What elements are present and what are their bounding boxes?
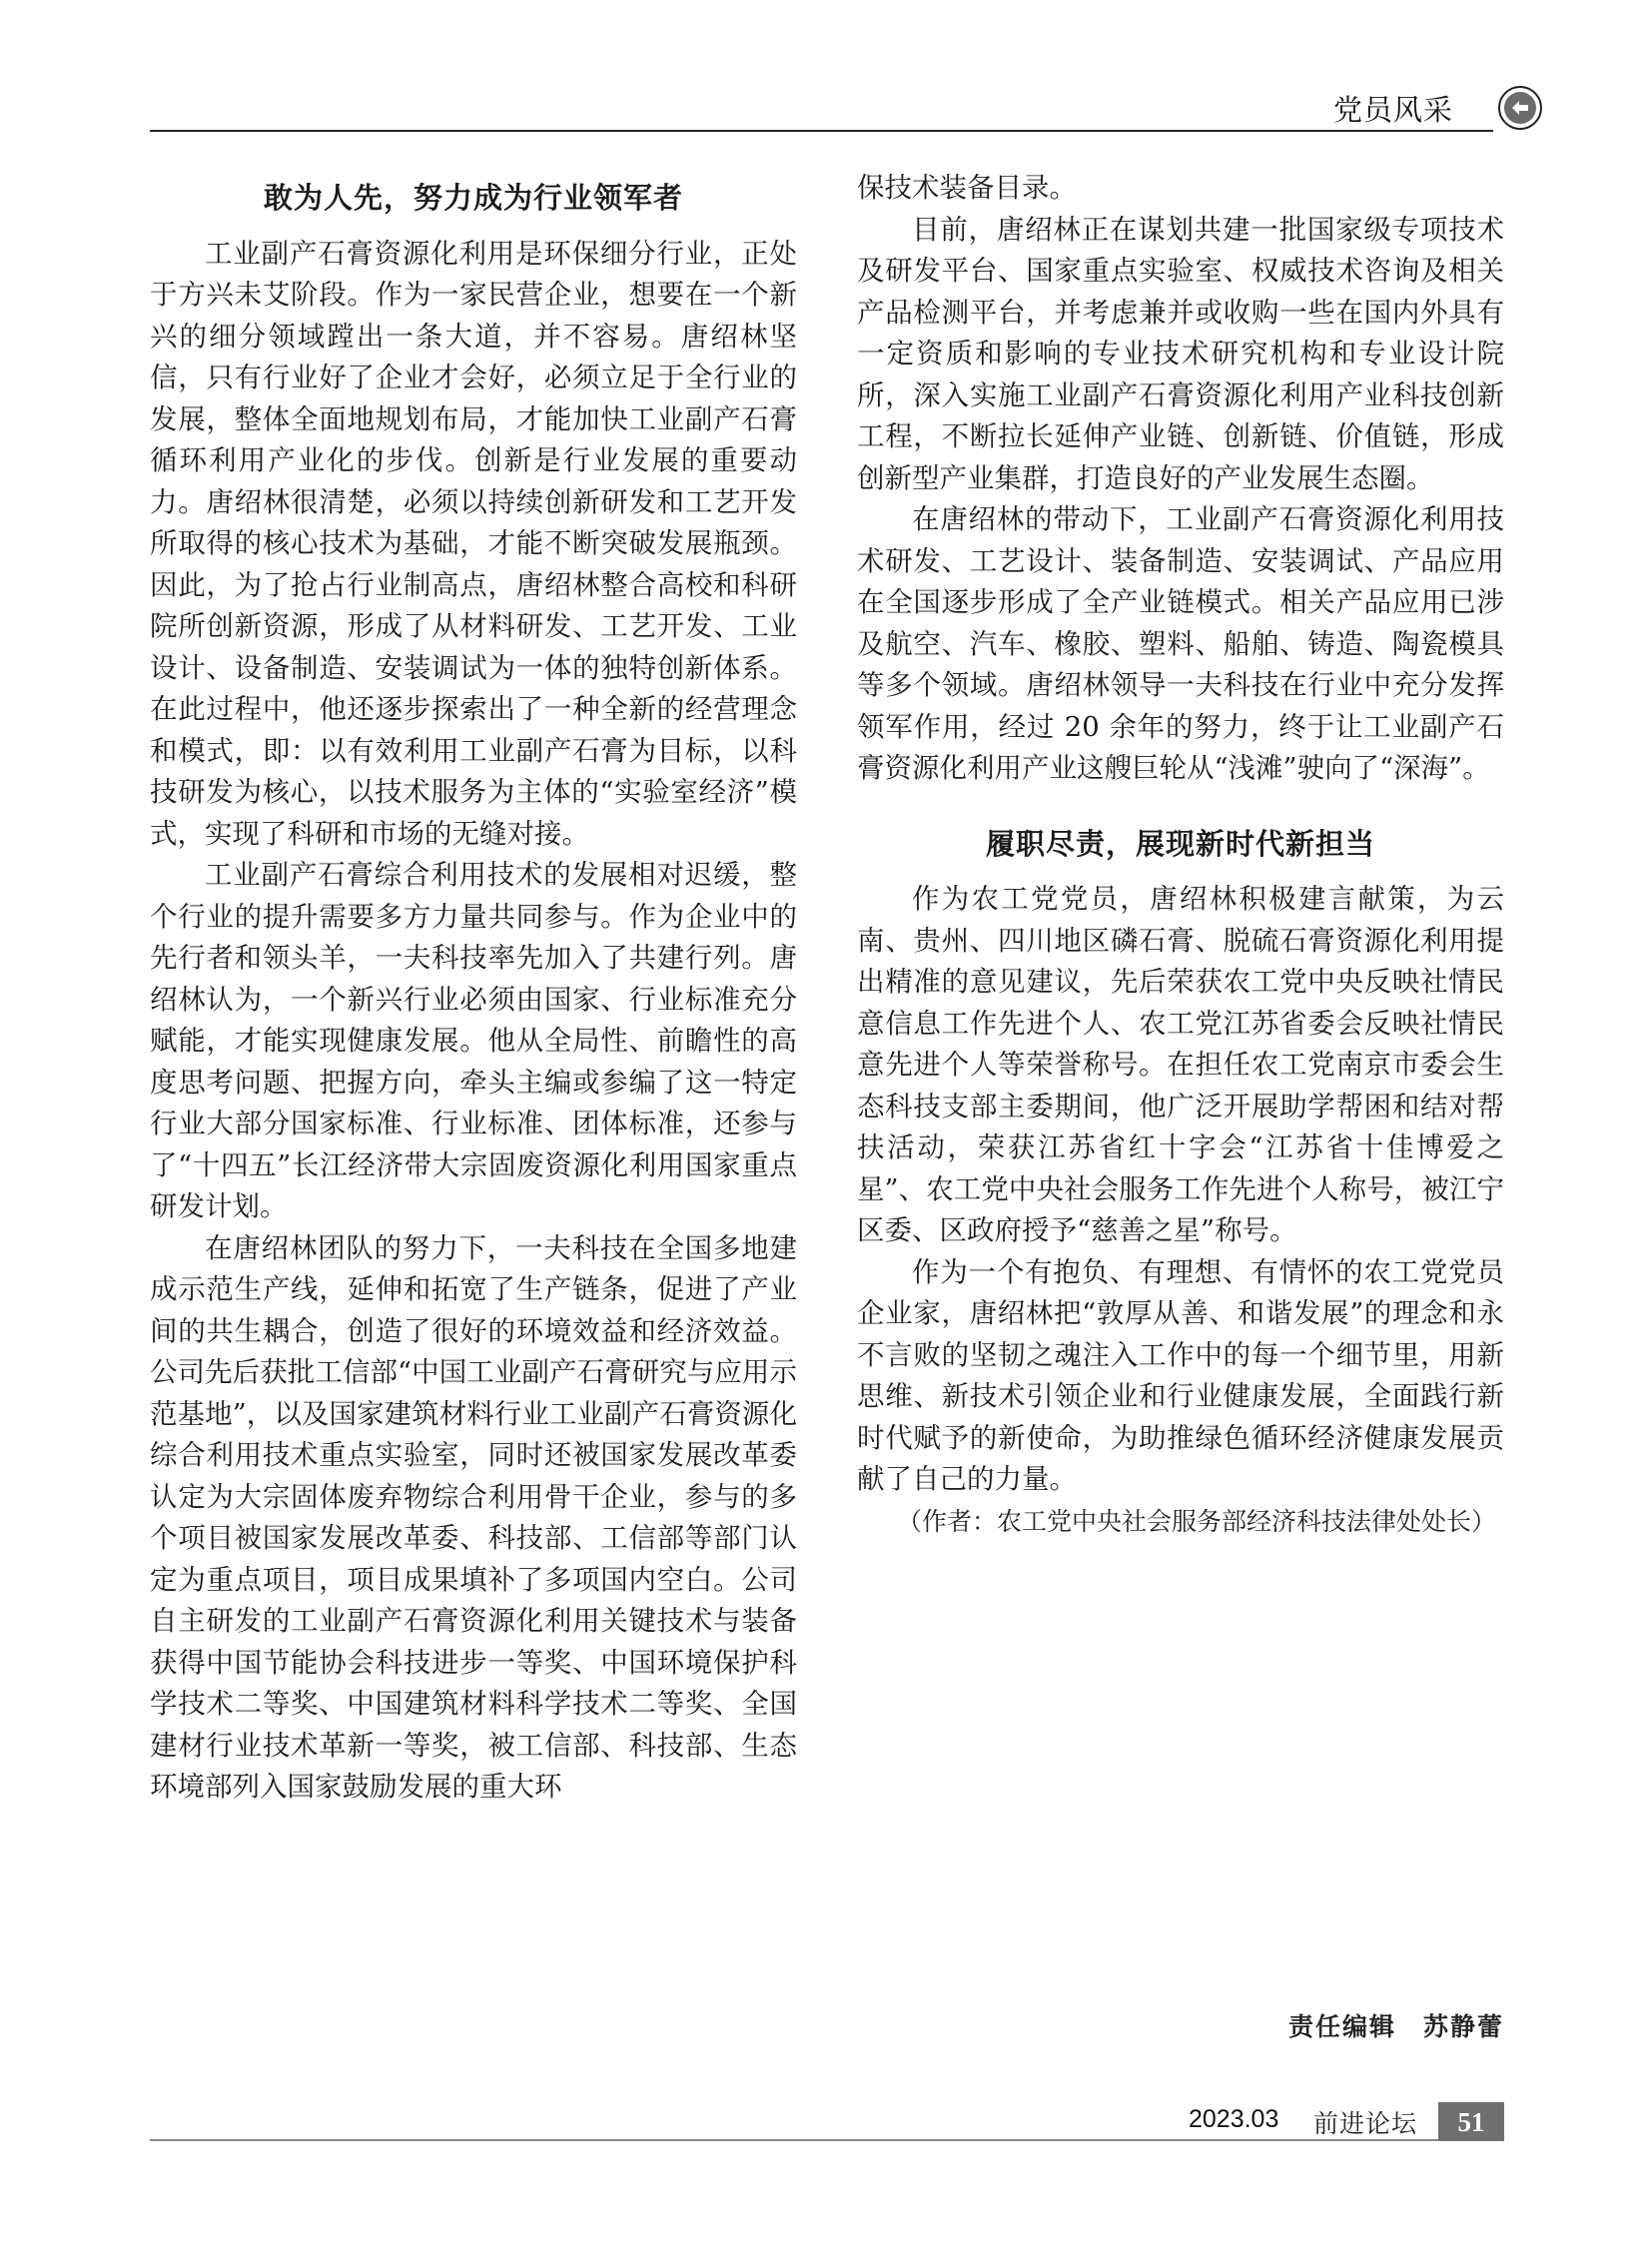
- paragraph: 工业副产石膏资源化利用是环保细分行业，正处于方兴未艾阶段。作为一家民营企业，想要…: [150, 234, 797, 856]
- left-column: 敢为人先，努力成为行业领军者 工业副产石膏资源化利用是环保细分行业，正处于方兴未…: [150, 168, 797, 1809]
- paragraph-continuation: 保技术装备目录。: [857, 168, 1504, 210]
- paragraph: 目前，唐绍林正在谋划共建一批国家级专项技术及研发平台、国家重点实验室、权威技术咨…: [857, 210, 1504, 500]
- section-heading-2: 履职尽责，展现新时代新担当: [857, 824, 1504, 866]
- paragraph: 作为一个有抱负、有理想、有情怀的农工党党员企业家，唐绍林把“敦厚从善、和谐发展”…: [857, 1252, 1504, 1501]
- magazine-name: 前进论坛: [1313, 2104, 1417, 2140]
- paragraph: 在唐绍林的带动下，工业副产石膏资源化利用技术研发、工艺设计、装备制造、安装调试、…: [857, 499, 1504, 790]
- section-title: 党员风采: [1333, 88, 1453, 129]
- footer-divider: [150, 2139, 1438, 2141]
- header-divider: [150, 130, 1493, 132]
- page-header: 党员风采: [150, 86, 1548, 136]
- arrow-left-circle-icon: [1498, 86, 1542, 130]
- paragraph: 在唐绍林团队的努力下，一夫科技在全国多地建成示范生产线，延伸和拓宽了生产链条，促…: [150, 1228, 797, 1809]
- responsible-editor: 责任编辑 苏静蕾: [1288, 2007, 1504, 2043]
- section-heading-1: 敢为人先，努力成为行业领军者: [150, 178, 797, 220]
- issue-date: 2023.03: [1189, 2105, 1278, 2134]
- right-column: 保技术装备目录。 目前，唐绍林正在谋划共建一批国家级专项技术及研发平台、国家重点…: [857, 168, 1504, 1542]
- page-footer: 2023.03 前进论坛 51: [150, 2102, 1503, 2142]
- paragraph: 工业副产石膏综合利用技术的发展相对迟缓，整个行业的提升需要多方力量共同参与。作为…: [150, 855, 797, 1228]
- page-number: 51: [1438, 2102, 1504, 2141]
- author-note: （作者：农工党中央社会服务部经济科技法律处处长）: [857, 1501, 1504, 1543]
- paragraph: 作为农工党党员，唐绍林积极建言献策，为云南、贵州、四川地区磷石膏、脱硫石膏资源化…: [857, 879, 1504, 1252]
